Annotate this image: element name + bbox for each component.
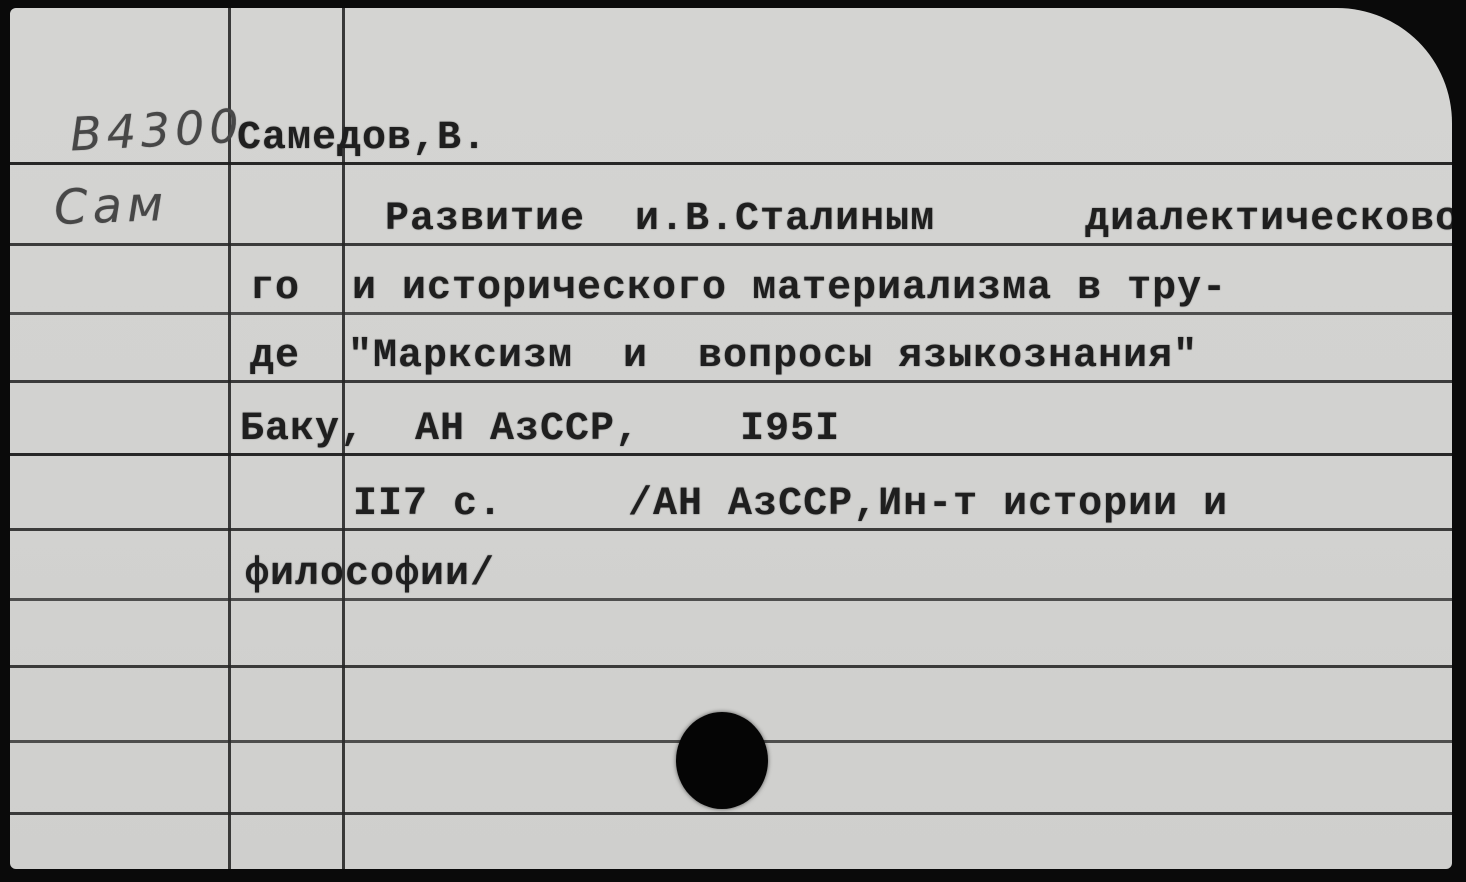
- title-line-2-prefix: го: [250, 268, 300, 310]
- punch-hole: [676, 712, 768, 809]
- imprint-line: Баку, АН АзССР, I95I: [240, 409, 840, 451]
- ruled-line: [10, 380, 1452, 383]
- call-number-handwritten: В4300: [69, 98, 245, 161]
- collation-line: II7 с. /АН АзССР,Ин-т истории и: [353, 484, 1228, 526]
- title-line-3: "Марксизм и вопросы языкознания": [348, 336, 1198, 378]
- ruled-line: [10, 162, 1452, 165]
- title-line-2: и исторического материализма в тру-: [352, 268, 1227, 310]
- catalog-card: В4300 Сам Самедов,В. Развитие и.В.Сталин…: [10, 8, 1452, 869]
- title-line-3-prefix: де: [250, 336, 300, 378]
- ruled-line: [10, 243, 1452, 246]
- ruled-line: [10, 312, 1452, 315]
- scanned-catalog-card-page: { "colors": { "background": "#0a0a0a", "…: [0, 0, 1466, 882]
- ruled-line: [10, 598, 1452, 601]
- call-abbrev-handwritten: Сам: [53, 176, 169, 236]
- ruled-line: [10, 528, 1452, 531]
- ruled-line: [10, 812, 1452, 815]
- collation-line-2: философии/: [245, 554, 495, 596]
- ruled-line: [10, 665, 1452, 668]
- author-line: Самедов,В.: [237, 118, 487, 160]
- title-line-1: Развитие и.В.Сталиным диалектическово: [385, 199, 1452, 241]
- ruled-line: [10, 453, 1452, 456]
